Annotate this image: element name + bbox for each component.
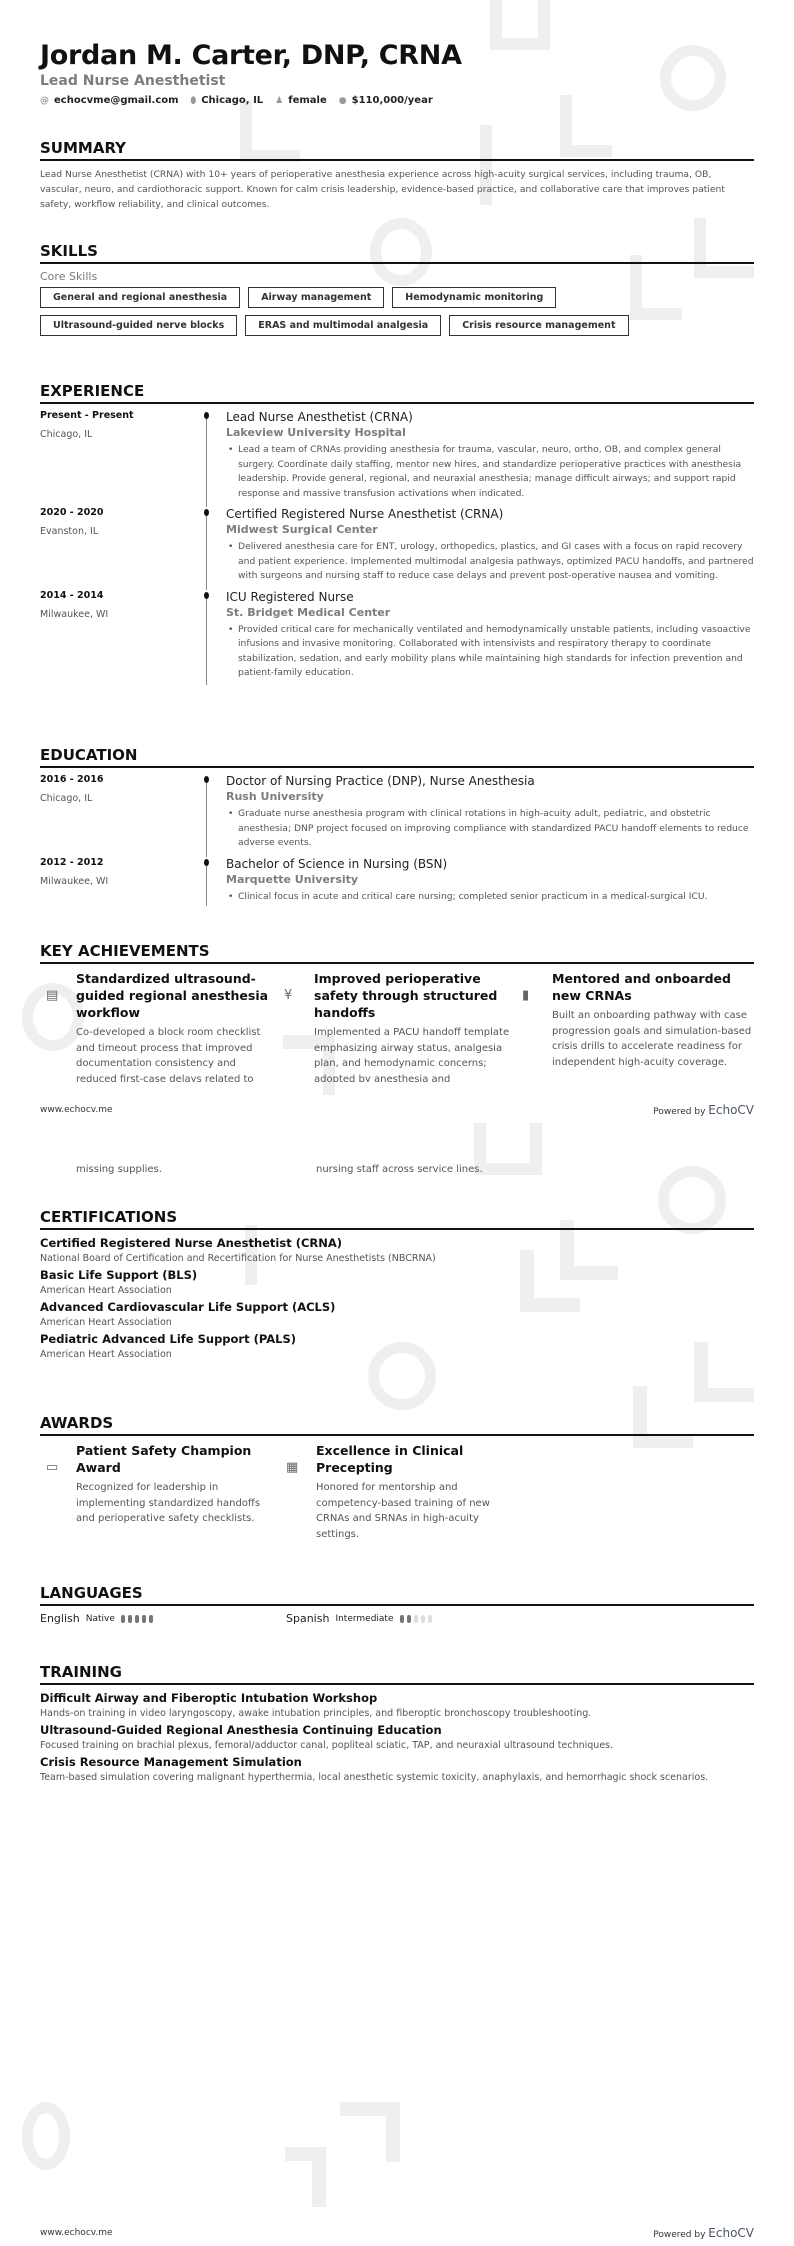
training-item: Difficult Airway and Fiberoptic Intubati… xyxy=(40,1691,754,1719)
skill-tag: Airway management xyxy=(248,287,384,308)
achievement-item: ▮ Mentored and onboarded new CRNAsBuilt … xyxy=(516,970,754,1082)
certification-name: Pediatric Advanced Life Support (PALS) xyxy=(40,1332,754,1346)
summary-section: SUMMARY Lead Nurse Anesthetist (CRNA) wi… xyxy=(40,139,754,212)
rating-pip xyxy=(142,1615,146,1623)
experience-section: EXPERIENCE Present - PresentChicago, IL … xyxy=(40,382,754,685)
entry-date: 2020 - 2020 xyxy=(40,507,200,518)
education-heading: EDUCATION xyxy=(40,746,754,768)
timeline-dot xyxy=(204,592,209,599)
achievement-text-continued: missing supplies. xyxy=(40,1164,280,1175)
rating-pip xyxy=(428,1615,432,1623)
training-section: TRAINING Difficult Airway and Fiberoptic… xyxy=(40,1663,754,1786)
contact-location: ⬮Chicago, IL xyxy=(191,95,264,106)
achievements-section: KEY ACHIEVEMENTS ▤ Standardized ultrasou… xyxy=(40,942,754,1082)
entry-date: 2012 - 2012 xyxy=(40,857,200,868)
awards-section: AWARDS ▭ Patient Safety Champion AwardRe… xyxy=(40,1414,754,1542)
experience-entry: 2014 - 2014Milwaukee, WI ICU Registered … xyxy=(40,590,754,685)
achievement-text: Co-developed a block room checklist and … xyxy=(76,1025,276,1082)
training-name: Difficult Airway and Fiberoptic Intubati… xyxy=(40,1691,754,1705)
achievement-text: Built an onboarding pathway with case pr… xyxy=(552,1008,752,1070)
timeline-dot xyxy=(204,859,209,866)
summary-text: Lead Nurse Anesthetist (CRNA) with 10+ y… xyxy=(40,167,754,212)
page-footer: www.echocv.me Powered by EchoCV xyxy=(40,2226,754,2240)
entry-location: Chicago, IL xyxy=(40,793,200,804)
language-name: Spanish xyxy=(286,1612,329,1625)
language-rating xyxy=(121,1615,153,1623)
entry-role: Lead Nurse Anesthetist (CRNA) xyxy=(226,410,754,424)
bg-shape xyxy=(22,2102,70,2170)
entry-description: Delivered anesthesia care for ENT, urolo… xyxy=(226,540,754,584)
achievements-continued: missing supplies. nursing staff across s… xyxy=(40,1164,754,1175)
at-icon: @ xyxy=(40,96,49,106)
contact-email[interactable]: @echocvme@gmail.com xyxy=(40,95,179,106)
training-item: Ultrasound-Guided Regional Anesthesia Co… xyxy=(40,1723,754,1751)
achievement-item: ▤ Standardized ultrasound-guided regiona… xyxy=(40,970,278,1082)
skill-tag: Ultrasound-guided nerve blocks xyxy=(40,315,237,336)
website-link[interactable]: www.echocv.me xyxy=(40,1105,113,1115)
achievement-text: Implemented a PACU handoff template emph… xyxy=(314,1025,514,1082)
entry-degree: Bachelor of Science in Nursing (BSN) xyxy=(226,857,754,871)
contact-gender: ♟female xyxy=(275,95,327,106)
achievement-text-continued: nursing staff across service lines. xyxy=(280,1164,520,1175)
entry-date: 2014 - 2014 xyxy=(40,590,200,601)
rating-pip xyxy=(135,1615,139,1623)
entry-org: Midwest Surgical Center xyxy=(226,523,754,536)
timeline-dot xyxy=(204,509,209,516)
languages-list: English Native Spanish Intermediate xyxy=(40,1612,754,1625)
yen-coin-icon: ¥ xyxy=(278,970,314,1020)
rating-pip xyxy=(128,1615,132,1623)
certifications-heading: CERTIFICATIONS xyxy=(40,1208,754,1230)
skill-tag: Hemodynamic monitoring xyxy=(392,287,556,308)
entry-date: 2016 - 2016 xyxy=(40,774,200,785)
languages-section: LANGUAGES English Native Spanish Interme… xyxy=(40,1584,754,1625)
achievements-heading: KEY ACHIEVEMENTS xyxy=(40,942,754,964)
certification-issuer: American Heart Association xyxy=(40,1285,754,1296)
timeline-line xyxy=(206,416,207,507)
skills-heading: SKILLS xyxy=(40,242,754,264)
entry-role: ICU Registered Nurse xyxy=(226,590,754,604)
experience-heading: EXPERIENCE xyxy=(40,382,754,404)
person-icon: ♟ xyxy=(275,96,283,106)
award-item: ▦ Excellence in Clinical PreceptingHonor… xyxy=(280,1442,520,1542)
resume-header: Jordan M. Carter, DNP, CRNA Lead Nurse A… xyxy=(40,40,760,106)
certification-name: Certified Registered Nurse Anesthetist (… xyxy=(40,1236,754,1250)
brand-logo[interactable]: EchoCV xyxy=(708,1103,754,1117)
education-entry: 2012 - 2012Milwaukee, WI Bachelor of Sci… xyxy=(40,857,754,907)
experience-entry: Present - PresentChicago, IL Lead Nurse … xyxy=(40,410,754,507)
skills-section: SKILLS Core Skills General and regional … xyxy=(40,242,754,336)
timeline-line xyxy=(206,863,207,907)
calendar-icon: ▭ xyxy=(40,1442,76,1492)
certification-item: Pediatric Advanced Life Support (PALS)Am… xyxy=(40,1332,754,1360)
salary-icon: ● xyxy=(339,96,347,106)
timeline-line xyxy=(206,513,207,590)
entry-org: St. Bridget Medical Center xyxy=(226,606,754,619)
language-item: Spanish Intermediate xyxy=(286,1612,532,1625)
bg-shape xyxy=(386,2102,400,2162)
entry-location: Evanston, IL xyxy=(40,526,200,537)
certification-item: Advanced Cardiovascular Life Support (AC… xyxy=(40,1300,754,1328)
language-level: Native xyxy=(86,1614,115,1624)
achievement-title: Standardized ultrasound-guided regional … xyxy=(76,970,276,1021)
rating-pip xyxy=(121,1615,125,1623)
website-link[interactable]: www.echocv.me xyxy=(40,2228,113,2238)
experience-entry: 2020 - 2020Evanston, IL Certified Regist… xyxy=(40,507,754,590)
skills-category: Core Skills xyxy=(40,270,754,283)
certification-issuer: National Board of Certification and Rece… xyxy=(40,1253,754,1264)
training-description: Hands-on training in video laryngoscopy,… xyxy=(40,1708,754,1719)
entry-school: Rush University xyxy=(226,790,754,803)
language-level: Intermediate xyxy=(335,1614,393,1624)
timeline-line xyxy=(206,780,207,857)
training-description: Team-based simulation covering malignant… xyxy=(40,1772,754,1783)
language-rating xyxy=(400,1615,432,1623)
certification-name: Basic Life Support (BLS) xyxy=(40,1268,754,1282)
certification-name: Advanced Cardiovascular Life Support (AC… xyxy=(40,1300,754,1314)
entry-school: Marquette University xyxy=(226,873,754,886)
rating-pip xyxy=(414,1615,418,1623)
clipboard-icon: ▦ xyxy=(280,1442,316,1492)
page-footer: www.echocv.me Powered by EchoCV xyxy=(40,1103,754,1117)
skills-list: General and regional anesthesia Airway m… xyxy=(40,287,680,336)
skill-tag: ERAS and multimodal analgesia xyxy=(245,315,441,336)
training-heading: TRAINING xyxy=(40,1663,754,1685)
candidate-title: Lead Nurse Anesthetist xyxy=(40,73,760,89)
training-name: Ultrasound-Guided Regional Anesthesia Co… xyxy=(40,1723,754,1737)
certification-item: Certified Registered Nurse Anesthetist (… xyxy=(40,1236,754,1264)
entry-role: Certified Registered Nurse Anesthetist (… xyxy=(226,507,754,521)
bg-shape xyxy=(694,1388,754,1402)
achievement-item: ¥ Improved perioperative safety through … xyxy=(278,970,516,1082)
entry-description: Lead a team of CRNAs providing anesthesi… xyxy=(226,443,754,501)
timeline-dot xyxy=(204,776,209,783)
education-entry: 2016 - 2016Chicago, IL Doctor of Nursing… xyxy=(40,774,754,857)
award-title: Patient Safety Champion Award xyxy=(76,1442,266,1476)
achievement-title: Mentored and onboarded new CRNAs xyxy=(552,970,752,1004)
language-name: English xyxy=(40,1612,80,1625)
candidate-name: Jordan M. Carter, DNP, CRNA xyxy=(40,40,760,71)
awards-heading: AWARDS xyxy=(40,1414,754,1436)
entry-location: Milwaukee, WI xyxy=(40,609,200,620)
entry-location: Milwaukee, WI xyxy=(40,876,200,887)
language-item: English Native xyxy=(40,1612,286,1625)
training-description: Focused training on brachial plexus, fem… xyxy=(40,1740,754,1751)
certification-issuer: American Heart Association xyxy=(40,1317,754,1328)
rating-pip xyxy=(149,1615,153,1623)
award-item: ▭ Patient Safety Champion AwardRecognize… xyxy=(40,1442,280,1542)
entry-description: Graduate nurse anesthesia program with c… xyxy=(226,807,754,851)
certifications-section: CERTIFICATIONS Certified Registered Nurs… xyxy=(40,1208,754,1363)
bg-shape xyxy=(312,2147,326,2207)
skill-tag: General and regional anesthesia xyxy=(40,287,240,308)
entry-description: Clinical focus in acute and critical car… xyxy=(226,890,754,905)
document-icon: ▤ xyxy=(40,970,76,1020)
entry-degree: Doctor of Nursing Practice (DNP), Nurse … xyxy=(226,774,754,788)
entry-location: Chicago, IL xyxy=(40,429,200,440)
certification-item: Basic Life Support (BLS)American Heart A… xyxy=(40,1268,754,1296)
entry-org: Lakeview University Hospital xyxy=(226,426,754,439)
award-title: Excellence in Clinical Precepting xyxy=(316,1442,496,1476)
achievement-title: Improved perioperative safety through st… xyxy=(314,970,514,1021)
contact-line: @echocvme@gmail.com ⬮Chicago, IL ♟female… xyxy=(40,95,760,106)
timeline-dot xyxy=(204,412,209,419)
training-name: Crisis Resource Management Simulation xyxy=(40,1755,754,1769)
award-text: Recognized for leadership in implementin… xyxy=(76,1480,266,1527)
bar-chart-icon: ▮ xyxy=(516,970,552,1020)
location-pin-icon: ⬮ xyxy=(191,96,197,106)
powered-by: Powered by EchoCV xyxy=(653,1103,754,1117)
training-item: Crisis Resource Management SimulationTea… xyxy=(40,1755,754,1783)
achievements-grid: ▤ Standardized ultrasound-guided regiona… xyxy=(40,970,754,1082)
rating-pip xyxy=(421,1615,425,1623)
contact-salary: ●$110,000/year xyxy=(339,95,433,106)
awards-grid: ▭ Patient Safety Champion AwardRecognize… xyxy=(40,1442,754,1542)
education-section: EDUCATION 2016 - 2016Chicago, IL Doctor … xyxy=(40,746,754,906)
timeline-line xyxy=(206,596,207,685)
brand-logo[interactable]: EchoCV xyxy=(708,2226,754,2240)
languages-heading: LANGUAGES xyxy=(40,1584,754,1606)
entry-date: Present - Present xyxy=(40,410,200,421)
rating-pip xyxy=(407,1615,411,1623)
entry-description: Provided critical care for mechanically … xyxy=(226,623,754,681)
summary-heading: SUMMARY xyxy=(40,139,754,161)
rating-pip xyxy=(400,1615,404,1623)
certification-issuer: American Heart Association xyxy=(40,1349,754,1360)
skill-tag: Crisis resource management xyxy=(449,315,628,336)
powered-by: Powered by EchoCV xyxy=(653,2226,754,2240)
award-text: Honored for mentorship and competency-ba… xyxy=(316,1480,496,1542)
